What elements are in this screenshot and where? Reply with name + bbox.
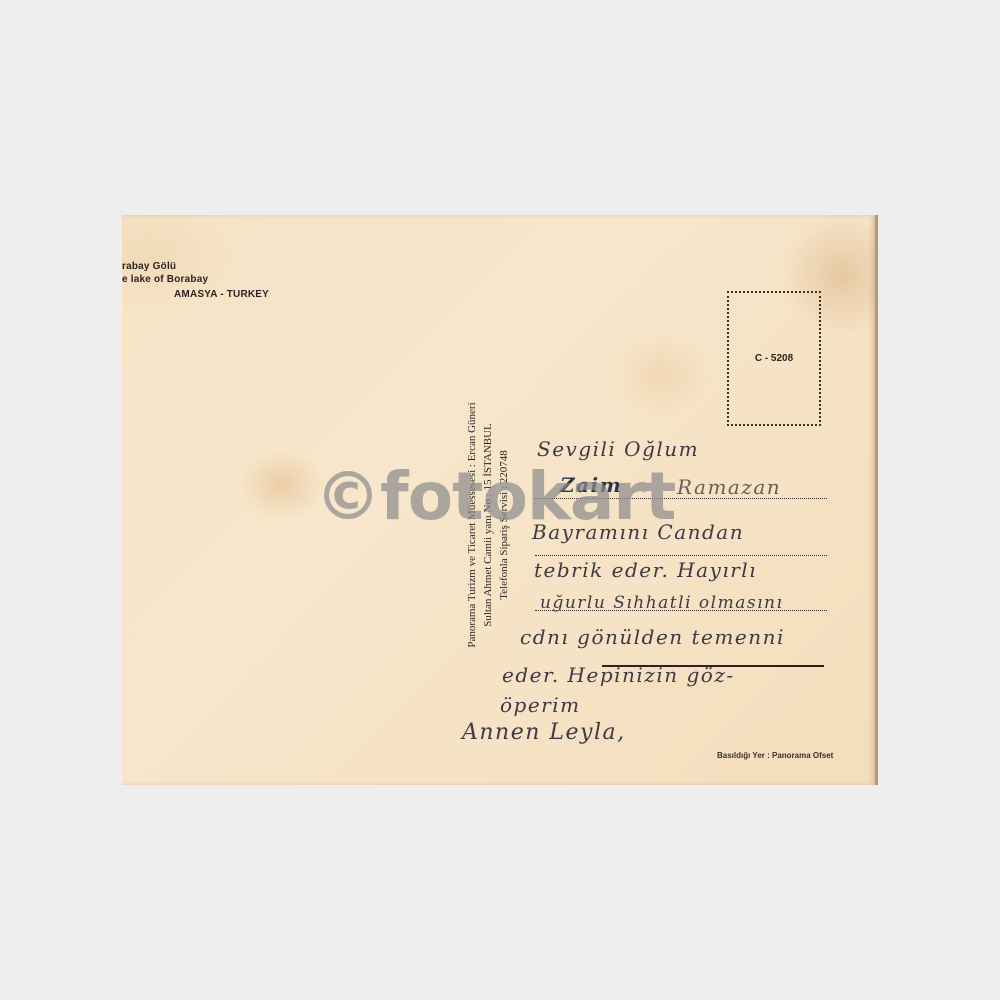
card-code: C - 5208 [755, 353, 793, 364]
handwriting-line-5: uğurlu Sıhhatli olmasını [540, 593, 783, 613]
handwriting-line-2b: Ramazan [677, 475, 781, 499]
handwriting-line-8: öperim [500, 693, 581, 717]
handwriting-line-4: tebrik eder. Hayırlı [534, 558, 757, 582]
handwriting-line-6: cdnı gönülden temenni [520, 625, 785, 649]
address-line-2 [535, 555, 827, 556]
handwriting-line-7: eder. Hepinizin göz- [502, 663, 735, 687]
caption-english: e lake of Borabay [122, 273, 208, 286]
caption-turkish: rabay Gölü [122, 260, 176, 273]
caption-location: AMASYA - TURKEY [174, 288, 269, 301]
stamp-box: C - 5208 [727, 291, 821, 426]
watermark: ©fotokart [315, 458, 675, 535]
printer-credit: Basıldığı Yer : Panorama Ofset [717, 751, 833, 760]
handwriting-signature: Annen Leyla, [462, 720, 626, 745]
